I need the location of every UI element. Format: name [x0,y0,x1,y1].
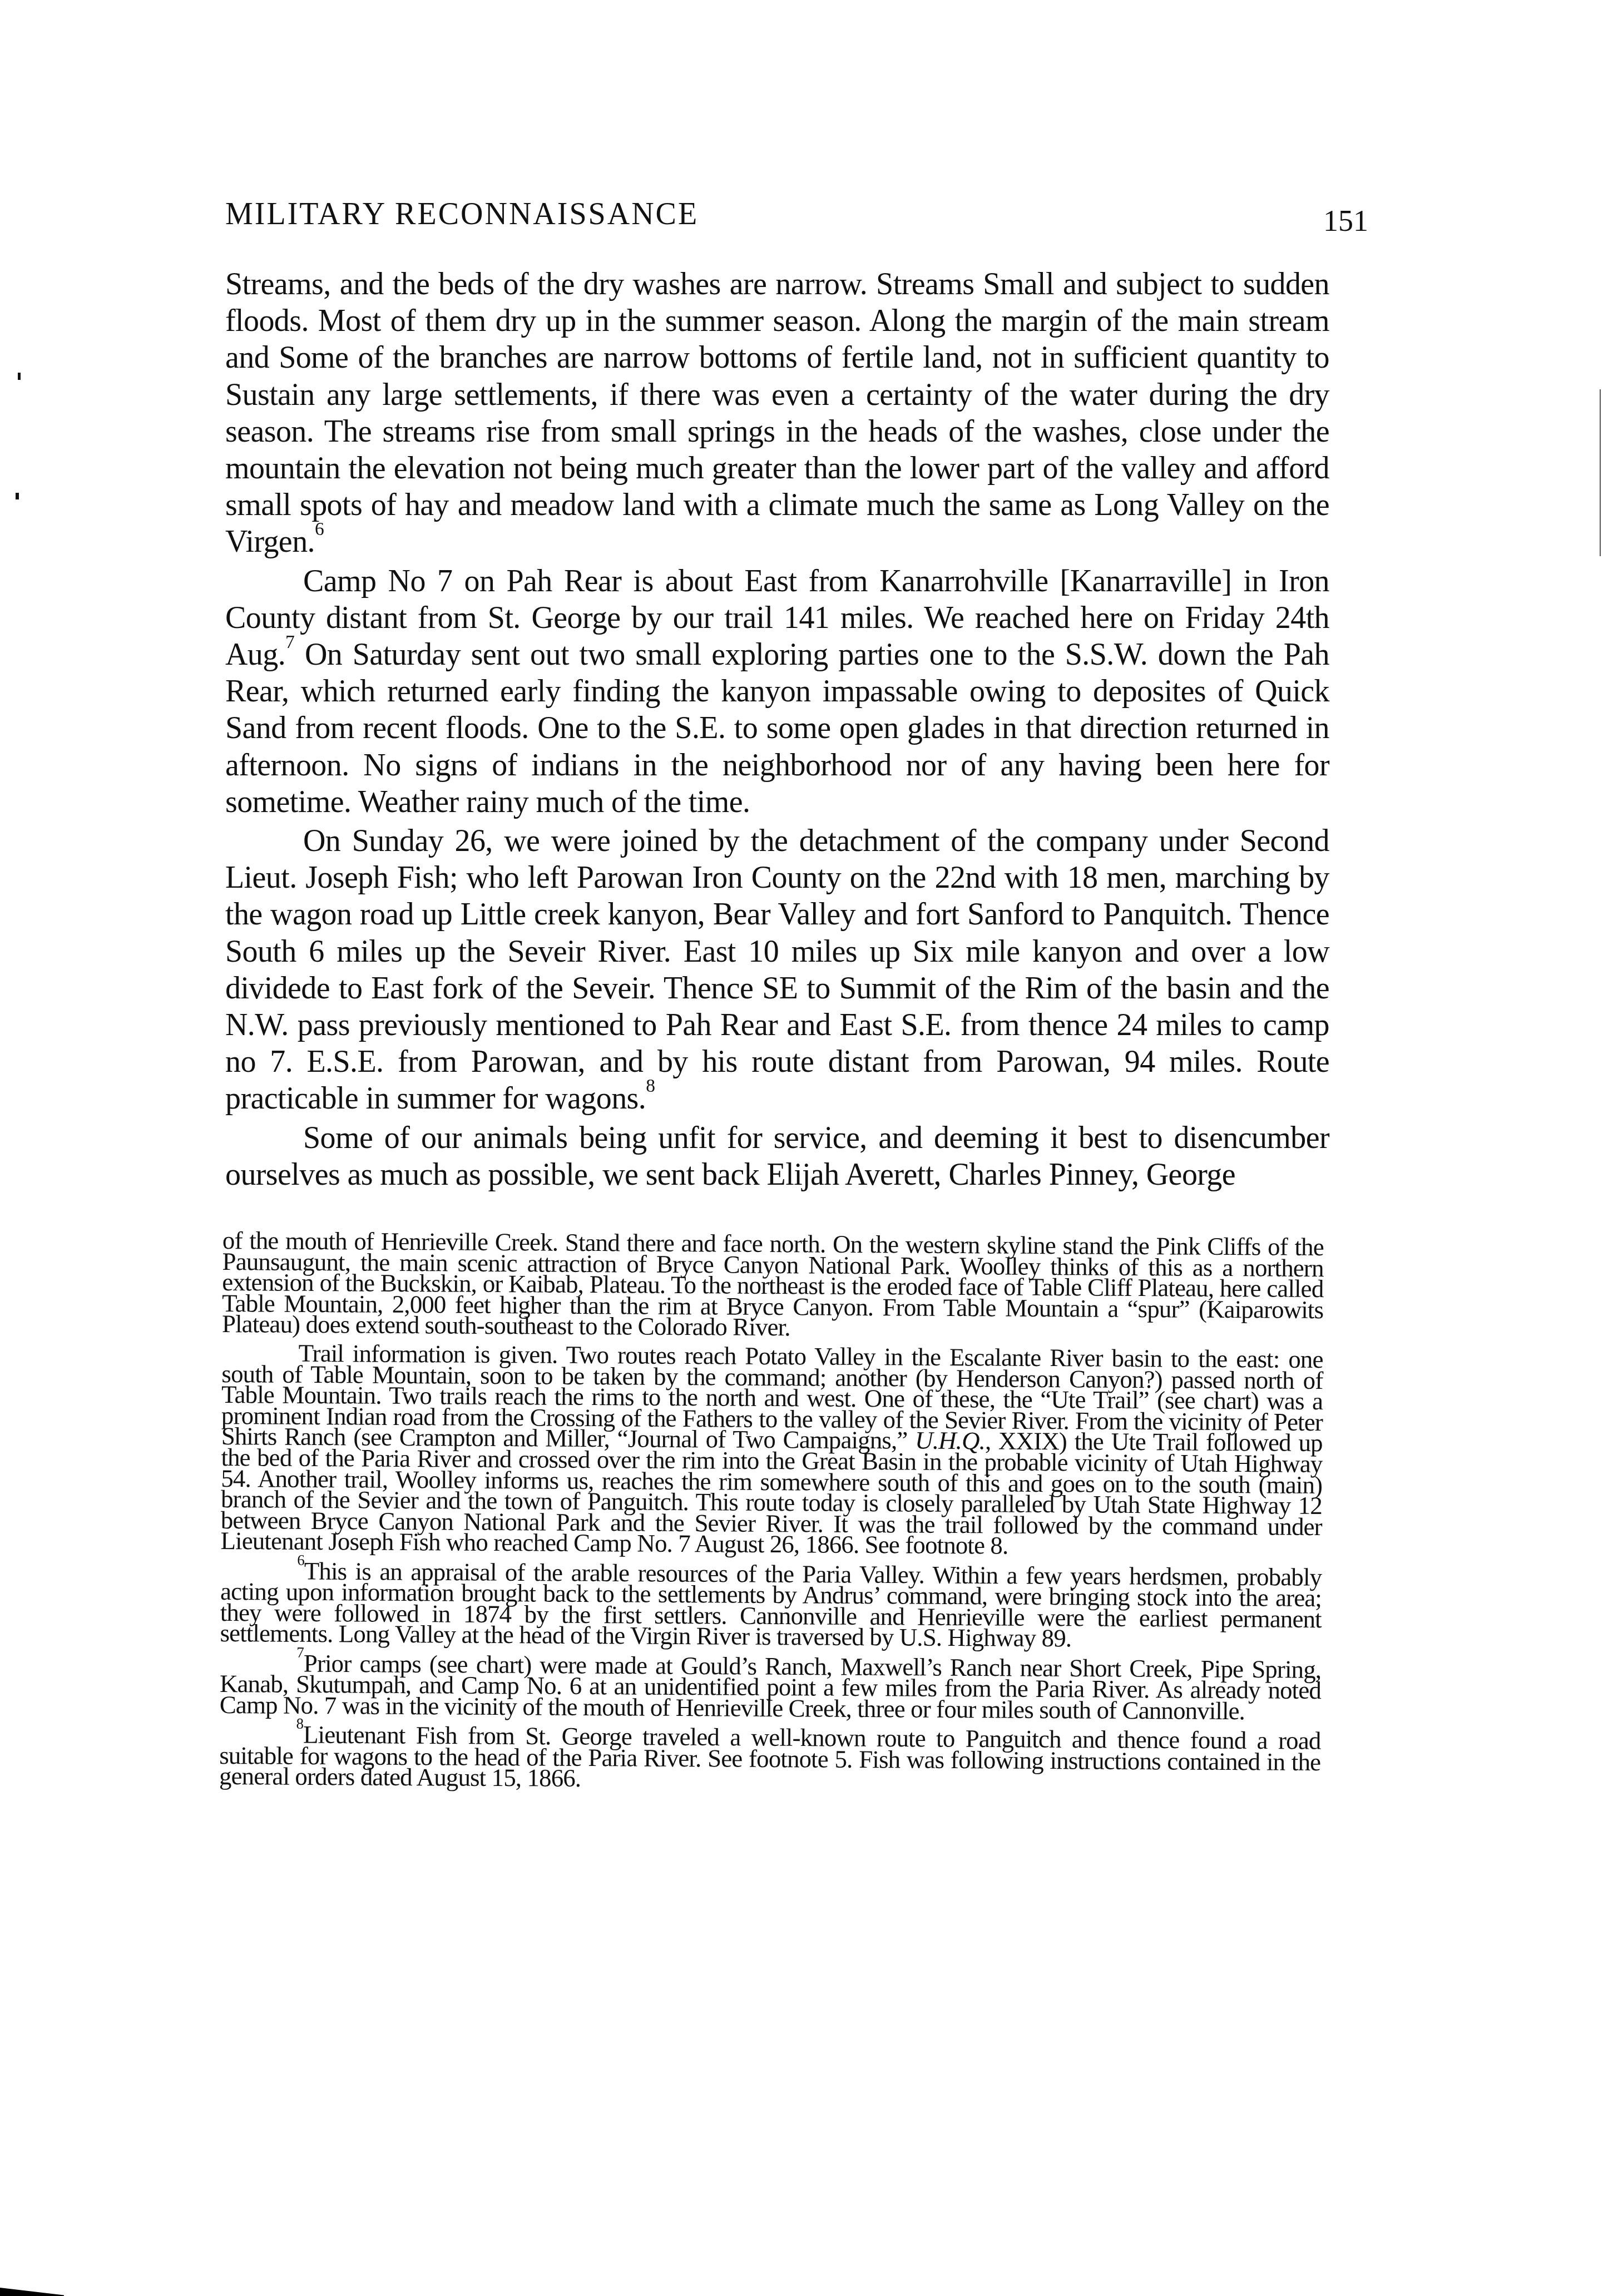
footnote-8: 8Lieutenant Fish from St. George travele… [219,1723,1321,1794]
footnote-ref-8: 8 [646,1076,655,1096]
main-text: Streams, and the beds of the dry washes … [225,266,1329,1193]
footnote-continued: Trail information is given. Two routes r… [220,1343,1323,1558]
body-paragraph: Camp No 7 on Pah Rear is about East from… [225,563,1329,820]
scan-corner-shadow [0,2288,64,2296]
scan-edge-line [1600,389,1601,556]
footnote-7: 7Prior camps (see chart) were made at Go… [220,1652,1322,1723]
footnote-number: 8 [296,1715,303,1732]
footnote-ref-6: 6 [315,519,324,540]
footnote-ref-7: 7 [285,632,294,652]
scanned-book-page: MILITARY RECONNAISSANCE 151 Streams, and… [0,0,1613,2296]
scan-speck [16,493,19,499]
footnote-6: 6This is an appraisal of the arable reso… [220,1560,1322,1651]
page-number: 151 [1313,201,1368,240]
footnote-number: 6 [297,1552,304,1568]
footnote-continued: of the mouth of Henrieville Creek. Stand… [222,1230,1324,1342]
body-paragraph: On Sunday 26, we were joined by the deta… [225,823,1329,1117]
running-head-title: MILITARY RECONNAISSANCE [225,195,1327,234]
body-paragraph: Streams, and the beds of the dry washes … [225,266,1329,561]
footnotes-section: of the mouth of Henrieville Creek. Stand… [219,1230,1324,1794]
body-paragraph: Some of our animals being unfit for serv… [225,1120,1329,1193]
scan-speck [18,373,21,380]
footnote-number: 7 [296,1644,304,1661]
